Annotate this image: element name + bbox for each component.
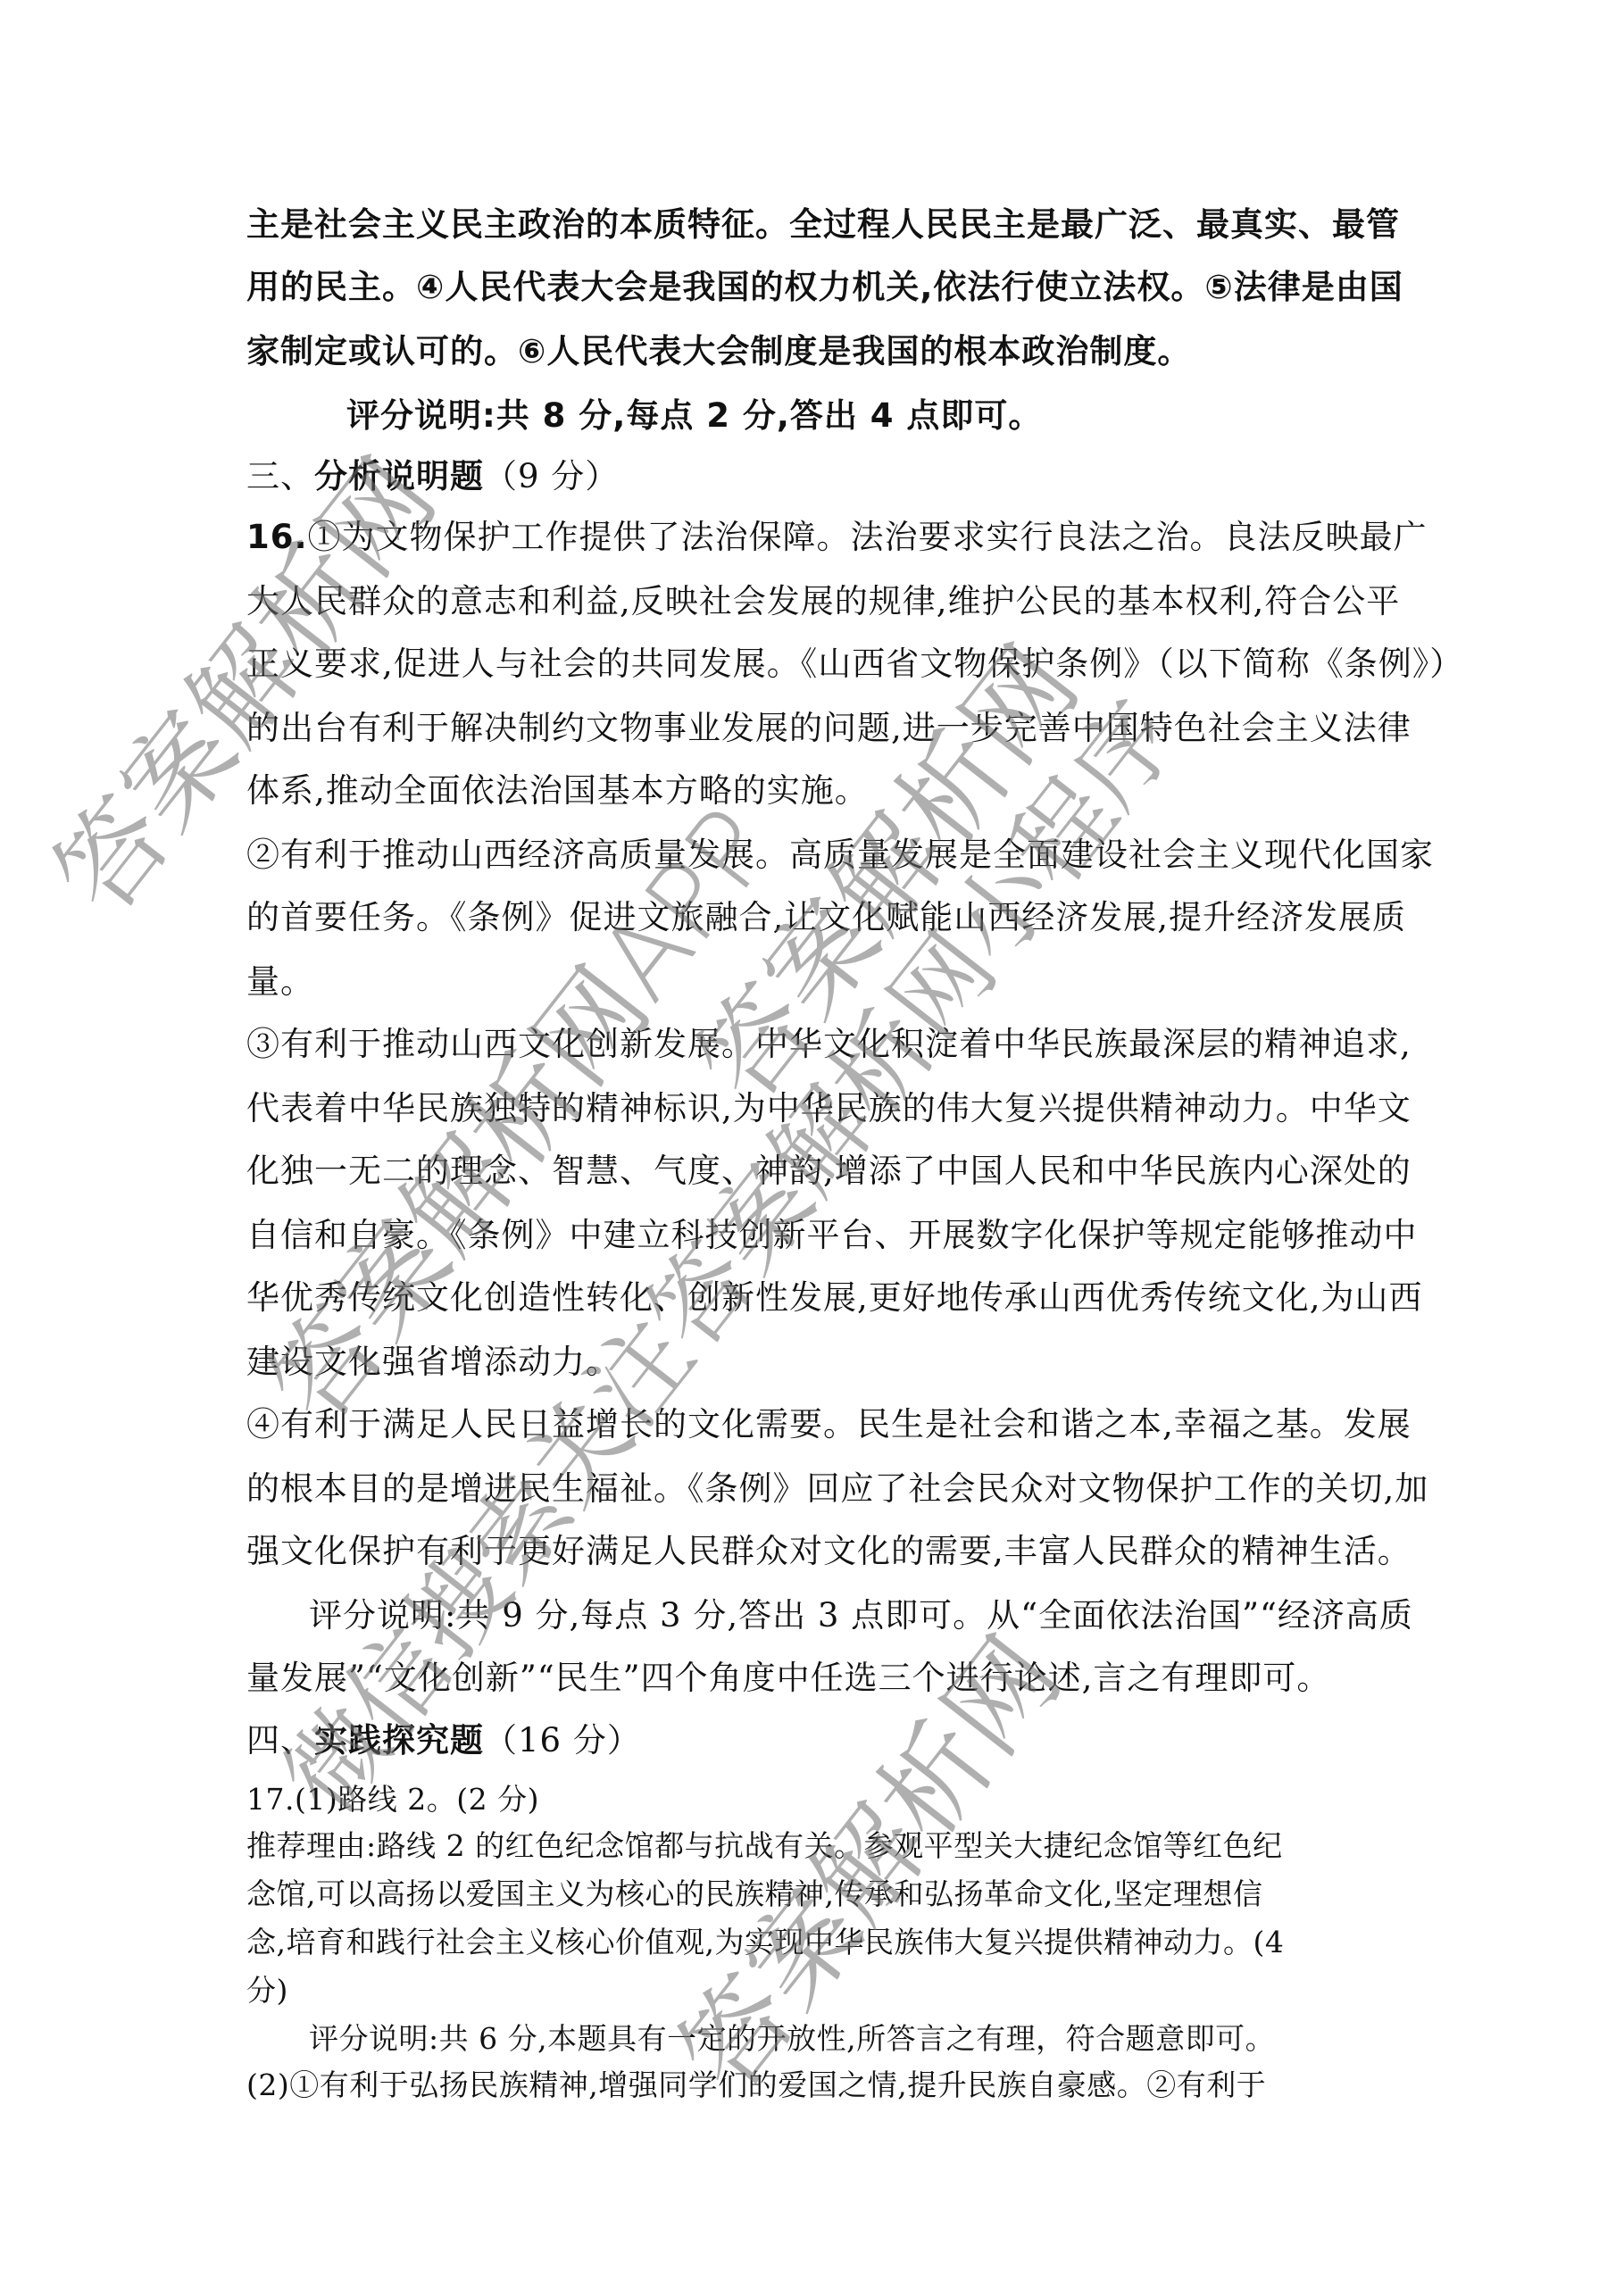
text-line: 用的民主。④人民代表大会是我国的权力机关,依法行使立法权。⑤法律是由国 — [246, 266, 1380, 309]
question-text: ①为文物保护工作提供了法治保障。法治要求实行良法之治。良法反映最广 — [308, 518, 1428, 556]
text-line: 代表着中华民族独特的精神标识,为中华民族的伟大复兴提供精神动力。中华文 — [246, 1087, 1380, 1130]
heading-prefix: 四、 — [246, 1721, 314, 1759]
text-line: ③有利于推动山西文化创新发展。中华文化积淀着中华民族最深层的精神追求, — [246, 1023, 1380, 1066]
heading-suffix: （16 分） — [484, 1721, 641, 1759]
text-line: 评分说明:共 6 分,本题具有一定的开放性,所答言之有理，符合题意即可。 — [246, 2017, 1443, 2060]
text-line: ②有利于推动山西经济高质量发展。高质量发展是全面建设社会主义现代化国家 — [246, 834, 1380, 877]
text-line: 念,培育和践行社会主义核心价值观,为实现中华民族伟大复兴提供精神动力。(4 — [246, 1921, 1380, 1964]
section-heading: 四、实践探究题（16 分） — [246, 1719, 1380, 1762]
text-line: 的根本目的是增进民生福祉。《条例》回应了社会民众对文物保护工作的关切,加 — [246, 1468, 1380, 1510]
text-line: 评分说明:共 9 分,每点 3 分,答出 3 点即可。从“全面依法治国”“经济高… — [246, 1594, 1443, 1637]
text-line: 推荐理由:路线 2 的红色纪念馆都与抗战有关。参观平型关大捷纪念馆等红色纪 — [246, 1825, 1380, 1868]
text-line: (2)①有利于弘扬民族精神,增强同学们的爱国之情,提升民族自豪感。②有利于 — [246, 2064, 1380, 2107]
question-number: 16. — [246, 518, 308, 556]
text-line: 正义要求,促进人与社会的共同发展。《山西省文物保护条例》（以下简称《条例》） — [246, 643, 1380, 686]
text-line: 自信和自豪。《条例》中建立科技创新平台、开展数字化保护等规定能够推动中 — [246, 1214, 1380, 1257]
text-line: 家制定或认可的。⑥人民代表大会制度是我国的根本政治制度。 — [246, 330, 1380, 373]
heading-bold-part: 实践探究题 — [314, 1721, 484, 1759]
text-line: 化独一无二的理念、智慧、气度、神韵,增添了中国人民和中华民族内心深处的 — [246, 1150, 1380, 1193]
heading-prefix: 三、 — [246, 457, 314, 495]
text-line: 量发展”“文化创新”“民生”四个角度中任选三个进行论述,言之有理即可。 — [246, 1657, 1380, 1700]
text-line: 16.①为文物保护工作提供了法治保障。法治要求实行良法之治。良法反映最广 — [246, 516, 1380, 559]
text-line: 建设文化强省增添动力。 — [246, 1341, 1380, 1384]
text-line: 主是社会主义民主政治的本质特征。全过程人民民主是最广泛、最真实、最管 — [246, 204, 1380, 246]
heading-suffix: （9 分） — [484, 457, 619, 495]
text-line: 体系,推动全面依法治国基本方略的实施。 — [246, 769, 1380, 812]
document-page: 主是社会主义民主政治的本质特征。全过程人民民主是最广泛、最真实、最管用的民主。④… — [0, 0, 1624, 2296]
text-line: ④有利于满足人民日益增长的文化需要。民生是社会和谐之本,幸福之基。发展 — [246, 1403, 1380, 1446]
text-line: 的首要任务。《条例》促进文旅融合,让文化赋能山西经济发展,提升经济发展质 — [246, 896, 1380, 939]
text-line: 评分说明:共 8 分,每点 2 分,答出 4 点即可。 — [246, 395, 1480, 437]
text-line: 量。 — [246, 961, 1380, 1003]
text-line: 华优秀传统文化创造性转化、创新性发展,更好地传承山西优秀传统文化,为山西 — [246, 1277, 1380, 1319]
section-heading: 三、分析说明题（9 分） — [246, 455, 1380, 498]
text-line: 强文化保护有利于更好满足人民群众对文化的需要,丰富人民群众的精神生活。 — [246, 1530, 1380, 1573]
text-line: 的出台有利于解决制约文物事业发展的问题,进一步完善中国特色社会主义法律 — [246, 707, 1380, 750]
text-line: 念馆,可以高扬以爱国主义为核心的民族精神,传承和弘扬革命文化,坚定理想信 — [246, 1873, 1380, 1916]
heading-bold-part: 分析说明题 — [314, 457, 484, 495]
text-line: 17.(1)路线 2。(2 分) — [246, 1778, 1380, 1821]
text-line: 分) — [246, 1969, 1380, 2012]
text-line: 大人民群众的意志和利益,反映社会发展的规律,维护公民的基本权利,符合公平 — [246, 580, 1380, 623]
